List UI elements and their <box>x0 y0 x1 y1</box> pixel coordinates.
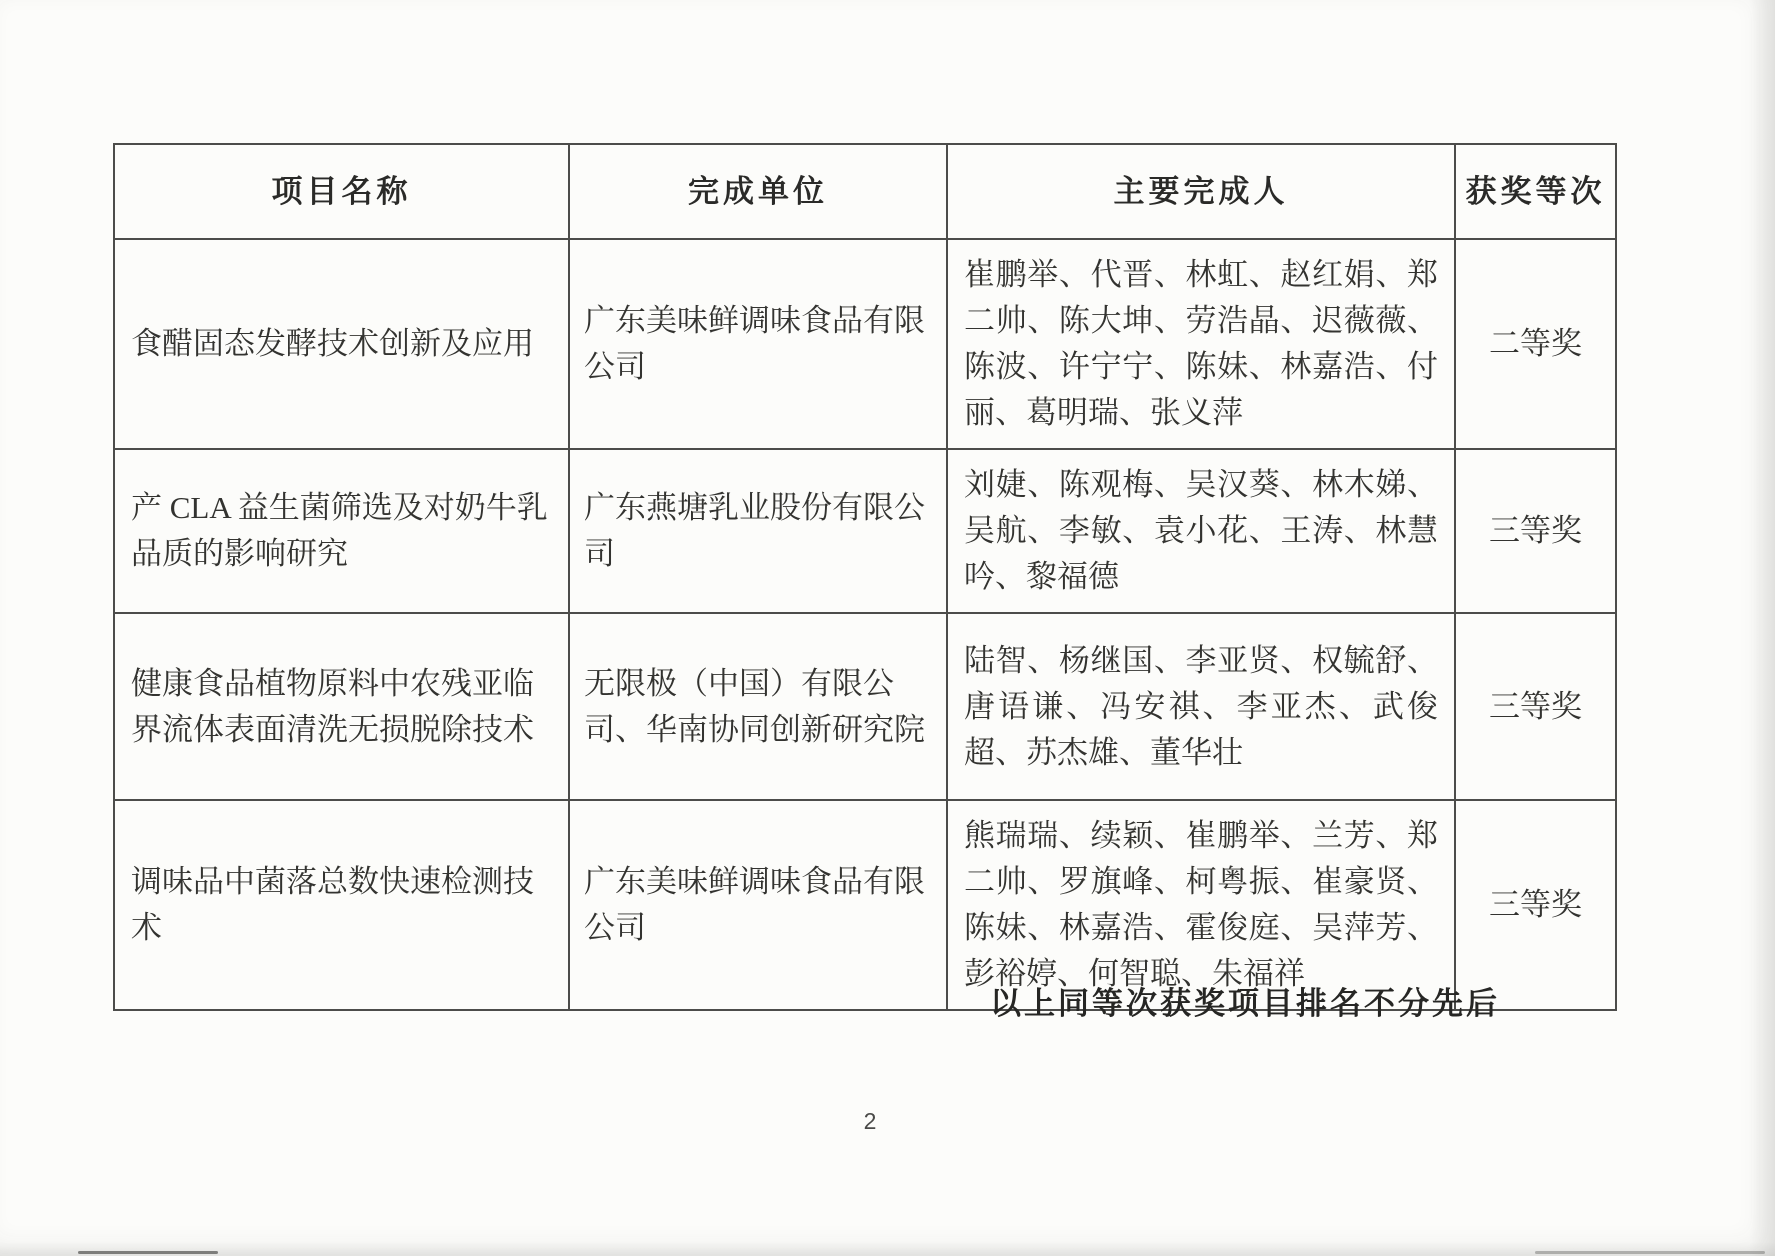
awards-table-body: 食醋固态发酵技术创新及应用 广东美味鲜调味食品有限公司 崔鹏举、代晋、林虹、赵红… <box>114 239 1616 1010</box>
project-name-cell: 调味品中菌落总数快速检测技术 <box>114 800 569 1010</box>
project-name-cell: 食醋固态发酵技术创新及应用 <box>114 239 569 449</box>
scan-artifact-bottom-left <box>78 1251 218 1254</box>
table-header-row: 项目名称 完成单位 主要完成人 获奖等次 <box>114 144 1616 239</box>
awards-table: 项目名称 完成单位 主要完成人 获奖等次 食醋固态发酵技术创新及应用 广东美味鲜… <box>113 143 1617 1011</box>
table-row: 食醋固态发酵技术创新及应用 广东美味鲜调味食品有限公司 崔鹏举、代晋、林虹、赵红… <box>114 239 1616 449</box>
scan-edge-bottom <box>0 1242 1775 1256</box>
document-page: 项目名称 完成单位 主要完成人 获奖等次 食醋固态发酵技术创新及应用 广东美味鲜… <box>0 0 1775 1256</box>
project-name-cell: 健康食品植物原料中农残亚临界流体表面清洗无损脱除技术 <box>114 613 569 800</box>
col-header-project-name: 项目名称 <box>114 144 569 239</box>
completing-unit-cell: 广东美味鲜调味食品有限公司 <box>569 239 947 449</box>
completing-unit-cell: 广东美味鲜调味食品有限公司 <box>569 800 947 1010</box>
table-row: 产 CLA 益生菌筛选及对奶牛乳品质的影响研究 广东燕塘乳业股份有限公司 刘婕、… <box>114 449 1616 613</box>
completing-unit-cell: 广东燕塘乳业股份有限公司 <box>569 449 947 613</box>
col-header-completing-unit: 完成单位 <box>569 144 947 239</box>
award-level-cell: 三等奖 <box>1455 613 1616 800</box>
table-row: 健康食品植物原料中农残亚临界流体表面清洗无损脱除技术 无限极（中国）有限公司、华… <box>114 613 1616 800</box>
scan-artifact-bottom-right <box>1535 1251 1765 1254</box>
award-level-cell: 三等奖 <box>1455 449 1616 613</box>
main-contributors-cell: 陆智、杨继国、李亚贤、权毓舒、唐语谦、冯安祺、李亚杰、武俊超、苏杰雄、董华壮 <box>947 613 1455 800</box>
completing-unit-cell: 无限极（中国）有限公司、华南协同创新研究院 <box>569 613 947 800</box>
footnote: 以上同等次获奖项目排名不分先后 <box>990 978 1500 1023</box>
scan-edge-right <box>1749 0 1775 1256</box>
main-contributors-cell: 刘婕、陈观梅、吴汉葵、林木娣、吴航、李敏、袁小花、王涛、林慧吟、黎福德 <box>947 449 1455 613</box>
award-level-cell: 二等奖 <box>1455 239 1616 449</box>
col-header-award-level: 获奖等次 <box>1455 144 1616 239</box>
col-header-main-contributors: 主要完成人 <box>947 144 1455 239</box>
page-number: 2 <box>840 1108 900 1135</box>
main-contributors-cell: 崔鹏举、代晋、林虹、赵红娟、郑二帅、陈大坤、劳浩晶、迟薇薇、陈波、许宁宁、陈妹、… <box>947 239 1455 449</box>
project-name-cell: 产 CLA 益生菌筛选及对奶牛乳品质的影响研究 <box>114 449 569 613</box>
